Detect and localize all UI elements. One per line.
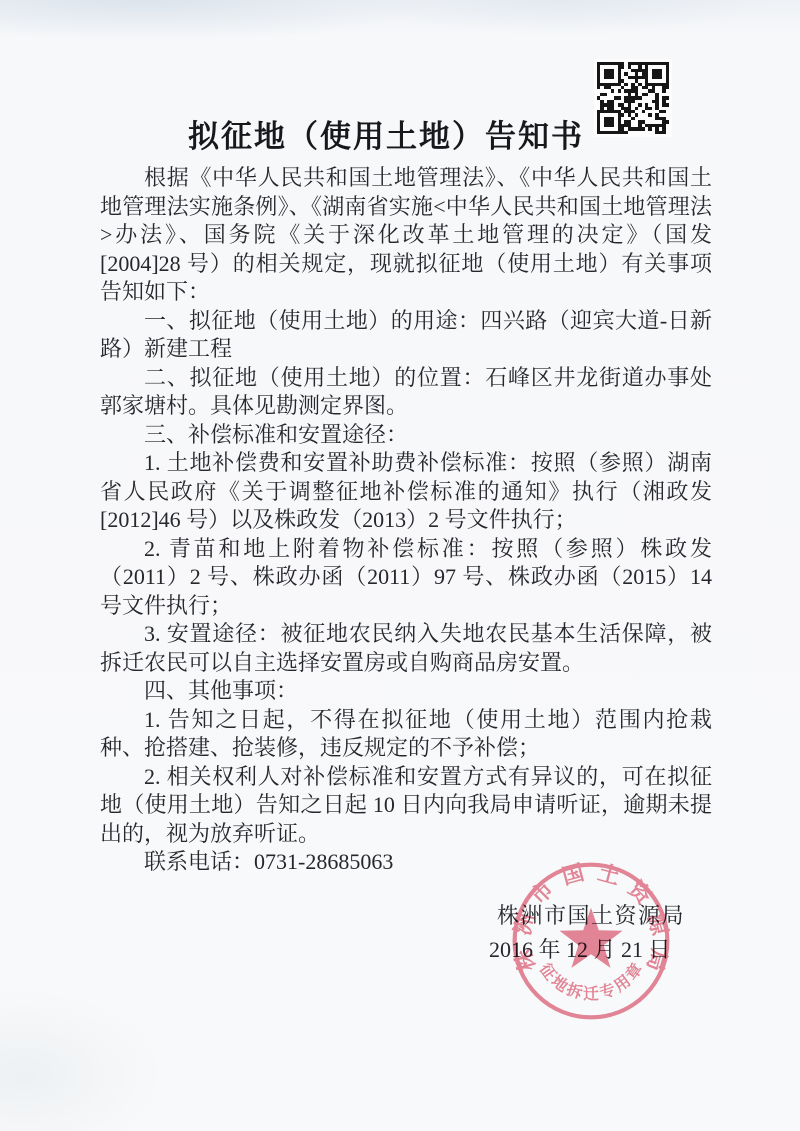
body-paragraph: 一、拟征地（使用土地）的用途：四兴路（迎宾大道-日新路）新建工程: [100, 307, 712, 364]
body-paragraph: 根据《中华人民共和国土地管理法》、《中华人民共和国土地管理法实施条例》、《湖南省…: [100, 164, 712, 307]
body-paragraph: 2. 青苗和地上附着物补偿标准：按照（参照）株政发（2011）2 号、株政办函（…: [100, 535, 712, 621]
seal-star-icon: [559, 908, 622, 968]
official-seal: 株洲市国土资源局 征地拆迁专用章: [501, 858, 681, 1024]
body-paragraph: 四、其他事项：: [100, 677, 712, 706]
seal-banner-text: 征地拆迁专用章: [536, 959, 646, 1003]
body-paragraph: 2. 相关权利人对补偿标准和安置方式有异议的，可在拟征地（使用土地）告知之日起 …: [100, 763, 712, 849]
scanned-document-page: 拟征地（使用土地）告知书 根据《中华人民共和国土地管理法》、《中华人民共和国土地…: [0, 0, 800, 1131]
document-body: 根据《中华人民共和国土地管理法》、《中华人民共和国土地管理法实施条例》、《湖南省…: [100, 164, 712, 877]
body-paragraph: 三、补偿标准和安置途径：: [100, 421, 712, 450]
body-paragraph: 1. 告知之日起，不得在拟征地（使用土地）范围内抢栽种、抢搭建、抢装修，违反规定…: [100, 706, 712, 763]
body-paragraph: 二、拟征地（使用土地）的位置：石峰区井龙街道办事处郭家塘村。具体见勘测定界图。: [100, 364, 712, 421]
body-paragraph: 3. 安置途径：被征地农民纳入失地农民基本生活保障，被拆迁农民可以自主选择安置房…: [100, 620, 712, 677]
body-paragraph: 1. 土地补偿费和安置补助费补偿标准：按照（参照）湖南省人民政府《关于调整征地补…: [100, 449, 712, 535]
document-title: 拟征地（使用土地）告知书: [100, 111, 672, 156]
